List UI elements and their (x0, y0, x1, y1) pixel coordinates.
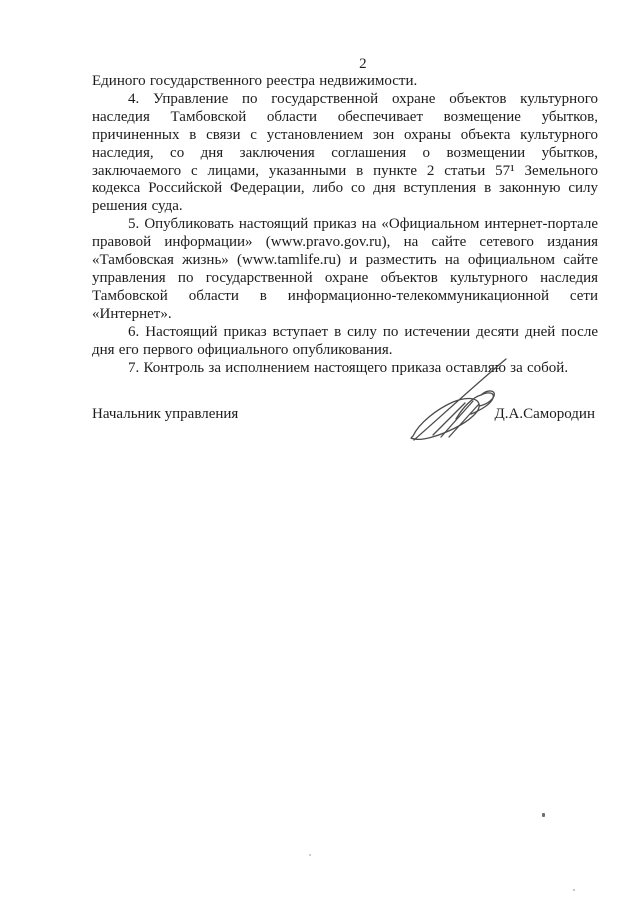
signature-autograph-icon (403, 347, 519, 448)
scan-speck (542, 813, 545, 817)
document-page: 2 Единого государственного реестра недви… (0, 0, 640, 905)
paragraph-continuation: Единого государственного реестра недвижи… (92, 73, 598, 91)
paragraph-item-4: 4. Управление по государственной охране … (92, 91, 598, 216)
scan-speck (573, 889, 575, 891)
paragraph-item-5: 5. Опубликовать настоящий приказ на «Офи… (92, 216, 598, 323)
signature-row: Начальник управления Д.А.Самородин (92, 406, 598, 426)
document-text-block: Единого государственного реестра недвижи… (92, 73, 598, 377)
signatory-title: Начальник управления (92, 406, 238, 423)
scan-speck (309, 854, 311, 856)
signatory-name: Д.А.Самородин (495, 406, 595, 423)
paragraph-item-7: 7. Контроль за исполнением настоящего пр… (92, 360, 598, 378)
paragraph-item-6: 6. Настоящий приказ вступает в силу по и… (92, 324, 598, 360)
page-number: 2 (336, 56, 390, 73)
